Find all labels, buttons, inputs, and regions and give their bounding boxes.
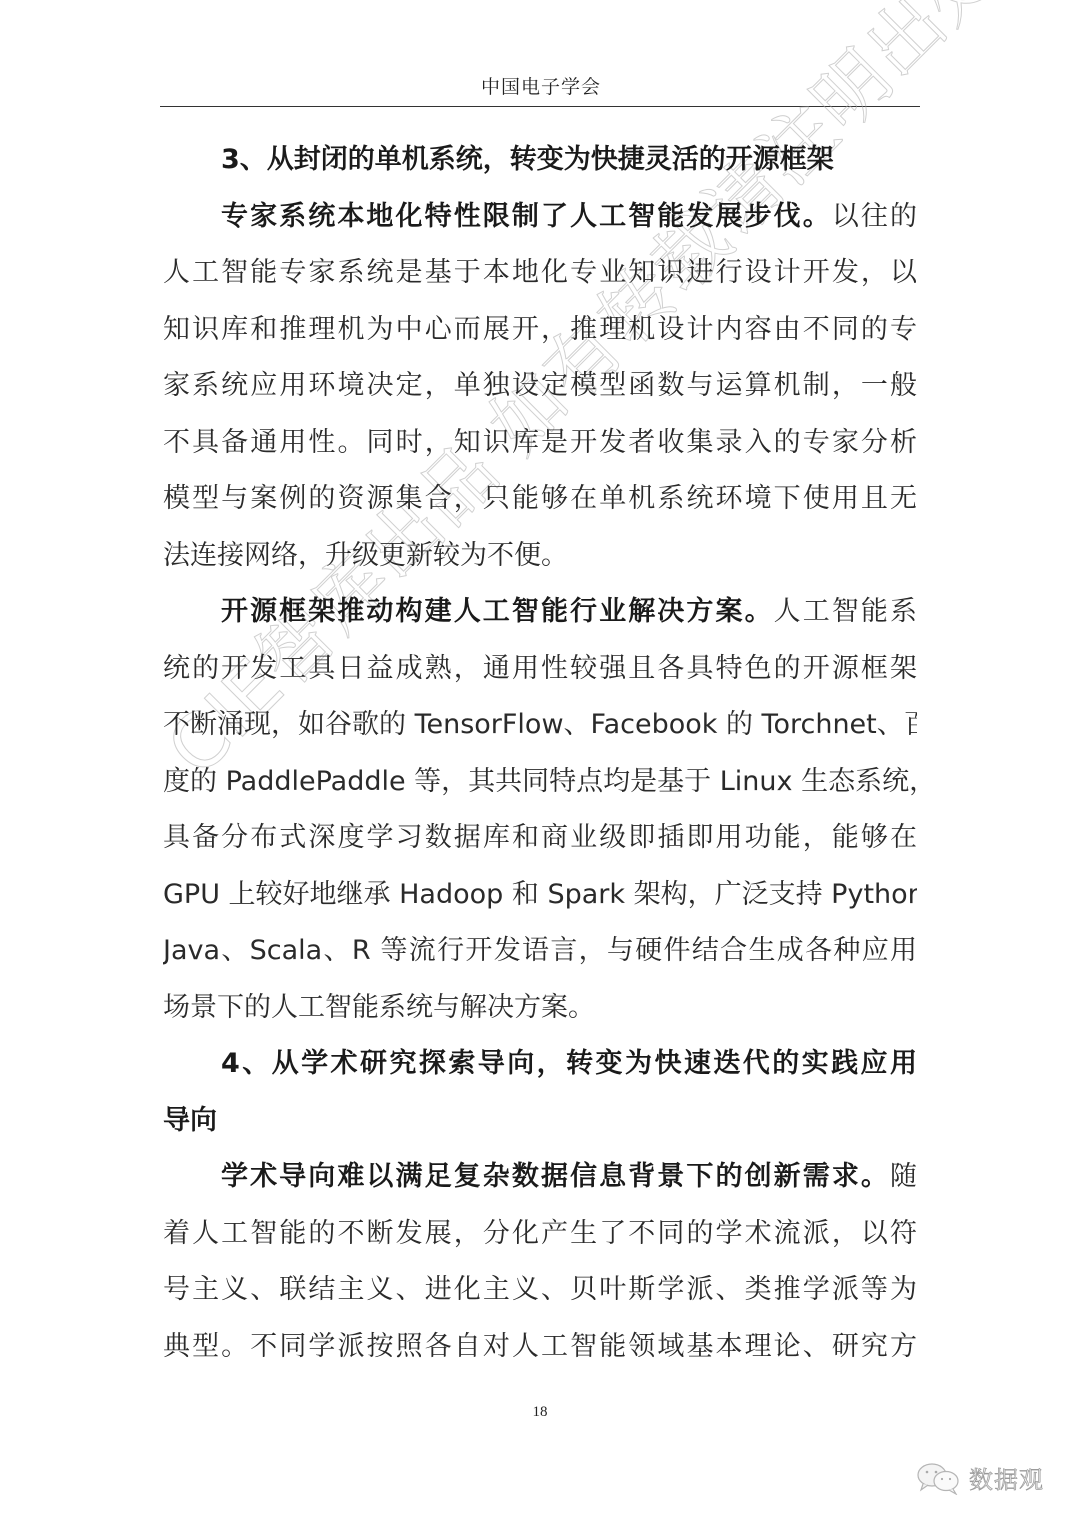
paragraph-lead-sentence: 学术导向难以满足复杂数据信息背景下的创新需求。 bbox=[221, 1161, 890, 1192]
paragraph-line: 场景下的人工智能系统与解决方案。 bbox=[163, 980, 917, 1037]
section-4-heading: 4、从学术研究探索导向，转变为快速迭代的实践应用 bbox=[163, 1036, 917, 1093]
paragraph-line: 号主义、联结主义、进化主义、贝叶斯学派、类推学派等为 bbox=[163, 1262, 917, 1319]
paragraph-line: 学术导向难以满足复杂数据信息背景下的创新需求。随 bbox=[163, 1149, 917, 1206]
page-number: 18 bbox=[0, 1404, 1080, 1421]
paragraph-text: 以往的 bbox=[832, 201, 917, 232]
paragraph-line: 典型。不同学派按照各自对人工智能领域基本理论、研究方 bbox=[163, 1319, 917, 1376]
paragraph-line: GPU 上较好地继承 Hadoop 和 Spark 架构，广泛支持 Python… bbox=[163, 867, 917, 924]
brand-name: 数据观 bbox=[969, 1460, 1044, 1495]
paragraph-lead-sentence: 专家系统本地化特性限制了人工智能发展步伐。 bbox=[221, 201, 832, 232]
header-divider bbox=[160, 106, 920, 107]
paragraph-line: 度的 PaddlePaddle 等，其共同特点均是基于 Linux 生态系统， bbox=[163, 754, 917, 811]
paragraph-text: 人工智能系 bbox=[774, 596, 917, 627]
section-3-heading: 3、从封闭的单机系统，转变为快捷灵活的开源框架 bbox=[163, 132, 917, 189]
paragraph-line: 统的开发工具日益成熟，通用性较强且各具特色的开源框架 bbox=[163, 641, 917, 698]
paragraph-line: 人工智能专家系统是基于本地化专业知识进行设计开发，以 bbox=[163, 245, 917, 302]
document-body: 3、从封闭的单机系统，转变为快捷灵活的开源框架 专家系统本地化特性限制了人工智能… bbox=[163, 132, 917, 1375]
paragraph-line: 不具备通用性。同时，知识库是开发者收集录入的专家分析 bbox=[163, 415, 917, 472]
brand-watermark: 数据观 bbox=[915, 1460, 1044, 1495]
paragraph-line: 不断涌现，如谷歌的 TensorFlow、Facebook 的 Torchnet… bbox=[163, 697, 917, 754]
paragraph-line: 知识库和推理机为中心而展开，推理机设计内容由不同的专 bbox=[163, 302, 917, 359]
wechat-icon bbox=[915, 1461, 963, 1495]
paragraph-text: 随 bbox=[890, 1161, 917, 1192]
paragraph-line: 具备分布式深度学习数据库和商业级即插即用功能，能够在 bbox=[163, 810, 917, 867]
paragraph-line: Java、Scala、R 等流行开发语言，与硬件结合生成各种应用 bbox=[163, 923, 917, 980]
page-header-title: 中国电子学会 bbox=[162, 72, 920, 99]
paragraph-line: 着人工智能的不断发展，分化产生了不同的学术流派，以符 bbox=[163, 1206, 917, 1263]
paragraph-lead-sentence: 开源框架推动构建人工智能行业解决方案。 bbox=[221, 596, 774, 627]
paragraph-line: 开源框架推动构建人工智能行业解决方案。人工智能系 bbox=[163, 584, 917, 641]
paragraph-line: 家系统应用环境决定，单独设定模型函数与运算机制，一般 bbox=[163, 358, 917, 415]
paragraph-line: 模型与案例的资源集合，只能够在单机系统环境下使用且无 bbox=[163, 471, 917, 528]
section-4-heading-cont: 导向 bbox=[163, 1093, 917, 1150]
paragraph-line: 法连接网络，升级更新较为不便。 bbox=[163, 528, 917, 585]
paragraph-line: 专家系统本地化特性限制了人工智能发展步伐。以往的 bbox=[163, 189, 917, 246]
